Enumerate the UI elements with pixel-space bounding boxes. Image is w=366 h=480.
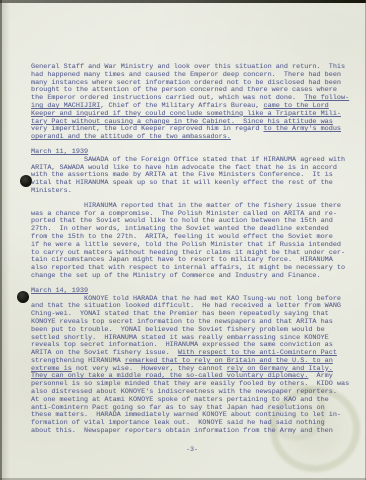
page-top-edge	[0, 0, 366, 3]
underlined-text: remarked that to rely on Britain and the…	[125, 357, 333, 365]
underlined-text: operandi and the attitude of the two amb…	[31, 133, 231, 141]
underlined-text: With respect to the anti-Comintern Pact	[178, 349, 337, 357]
text-segment: KONOYE reveals top secret information to…	[31, 318, 333, 326]
text-segment: also distressed about KONOYE's indiscree…	[31, 388, 337, 396]
text-segment: change the set up of the Ministry of Com…	[31, 272, 321, 280]
paragraph: General Staff and War Ministry and look …	[31, 64, 353, 142]
text-segment: been put to trouble. YONAI believed the …	[31, 326, 325, 334]
text-segment: also reported that with respect to inter…	[31, 264, 345, 272]
text-segment: if he were a little severe, told the Pol…	[31, 241, 341, 249]
underlined-text: Keeper and inquired if they could conclu…	[31, 110, 341, 118]
hole-punch-bottom	[17, 291, 29, 303]
paragraph: HIRANUMA reported that in the matter of …	[31, 203, 353, 281]
text-line: change the set up of the Ministry of Com…	[31, 273, 353, 281]
page-number: -3-	[31, 446, 353, 454]
page-left-shade	[2, 0, 10, 480]
underlined-text: to the Army's modus	[264, 125, 342, 133]
text-segment: SAWADA of the Foreign Office stated that…	[31, 156, 345, 164]
text-segment: had happened many times and caused the E…	[31, 71, 341, 79]
text-segment: HIRANUMA reported that in the matter of …	[31, 202, 341, 210]
text-line: vital that HIRANUMA speak up so that it …	[31, 180, 353, 188]
paragraph: SAWADA of the Foreign Office stated that…	[31, 157, 353, 196]
text-segment: the Emperor ordered instructions carried…	[31, 94, 304, 102]
text-segment: Ministers.	[31, 187, 72, 195]
text-segment: Ching-wei. YONAI stated that the Premier…	[31, 310, 329, 318]
date-heading-text: March 14, 1939	[31, 287, 88, 295]
text-segment: strengthening HIRANUMA	[31, 357, 125, 365]
text-segment: ARITA on the Soviet fishery issue.	[31, 349, 178, 357]
text-segment: At one meeting at Atami KONOYE spoke of …	[31, 396, 329, 404]
text-segment: vital that HIRANUMA speak up so that it …	[31, 179, 333, 187]
text-line: about this. Newspaper reporters obtain i…	[31, 428, 353, 436]
text-segment: General Staff and War Ministry and look …	[31, 63, 345, 71]
document-body: General Staff and War Ministry and look …	[31, 64, 353, 443]
paragraph: KONOYE told HARADA that he had met KAO T…	[31, 296, 353, 436]
document-page: General Staff and War Ministry and look …	[0, 0, 366, 480]
underlined-text: ing day MACHIJIRI	[31, 102, 100, 110]
text-segment: 27th. In other words, intimating the Sov…	[31, 225, 329, 233]
underlined-text: The follow-	[304, 94, 349, 102]
text-segment: , Chief of the Military Affairs Bureau,	[100, 102, 263, 110]
text-segment: about this. Newspaper reporters obtain i…	[31, 427, 333, 435]
underlined-text: came to the Lord	[264, 102, 329, 110]
text-line: operandi and the attitude of the two amb…	[31, 134, 353, 142]
text-segment: from the 15th to the 27th. ARITA, feelin…	[31, 233, 333, 241]
date-heading-text: March 11, 1939	[31, 148, 88, 156]
text-line: Ministers.	[31, 188, 353, 196]
